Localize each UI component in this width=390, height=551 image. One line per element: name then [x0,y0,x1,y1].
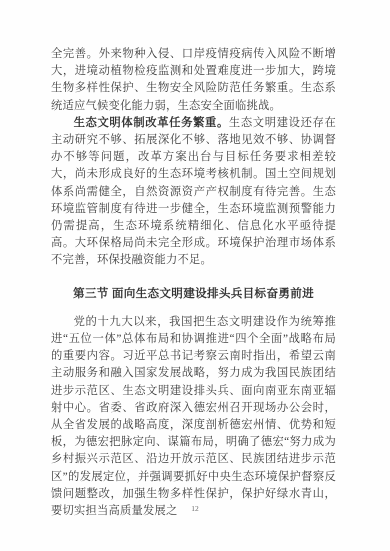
paragraph-ecological-security: 全完善。外来物种入侵、口岸疫情疫病传入风险不断增大，进境动植物检疫监测和处置难度… [51,46,336,115]
section-heading: 第三节 面向生态文明建设排头兵目标奋勇前进 [51,285,336,302]
paragraph-section-three-body: 党的十九大以来，我国把生态文明建设作为统筹推进“五位一体”总体布局和协调推进“四… [51,314,336,520]
paragraph-reform-tasks-text: 生态文明建设还存在主动研究不够、拓展深化不够、落地见效不够、协调督办不够等问题，… [51,117,336,267]
paragraph-bold-lead: 生态文明体制改革任务繁重。 [74,117,229,129]
document-page: 全完善。外来物种入侵、口岸疫情疫病传入风险不断增大，进境动植物检疫监测和处置难度… [0,0,390,551]
paragraph-reform-tasks: 生态文明体制改革任务繁重。生态文明建设还存在主动研究不够、拓展深化不够、落地见效… [51,115,336,270]
page-number: 12 [0,500,390,517]
